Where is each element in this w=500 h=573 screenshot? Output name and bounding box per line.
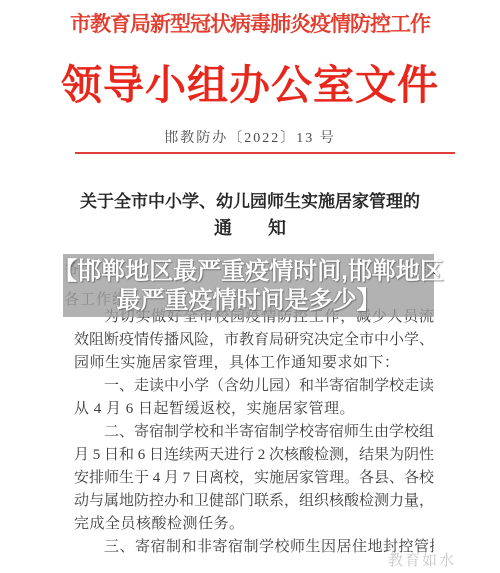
notice-title: 关于全市中小学、幼儿园师生实施居家管理的 — [0, 187, 500, 212]
red-divider-line — [75, 152, 455, 154]
caption-overlay: 【邯郸地区最严重疫情时间,邯郸地区 最严重疫情时间是多少】 — [63, 254, 434, 317]
body-line: 从 4 月 6 日起暂缓返校，实施居家管理。 — [74, 398, 434, 421]
body-line: 二、寄宿制学校和半寄宿制学校寄宿师生由学校组织 4 — [74, 421, 434, 444]
watermark-text: 教育如水 — [388, 549, 456, 570]
body-line: 园师生实施居家管理，具体工作通知要求如下： — [74, 352, 434, 375]
body-line: 动与属地防控办和卫健部门联系，组织核酸检测力量，按时 — [74, 490, 434, 513]
body-line: 完成全员核酸检测任务。 — [74, 513, 434, 536]
document-number: 邯教防办〔2022〕13 号 — [0, 127, 500, 147]
caption-line-2: 最严重疫情时间是多少】 — [117, 286, 381, 315]
body-line: 一、走读中小学（含幼儿园）和半寄宿制学校走读师生 — [74, 375, 434, 398]
notice-subtitle: 通 知 — [0, 214, 500, 240]
body-line: 安排师生于 4 月 7 日离校，实施居家管理。各县、各校要主 — [74, 467, 434, 490]
body-line: 月 5 日和 6 日连续两天进行 2 次核酸检测，结果为阴性后， — [74, 444, 434, 467]
header-line-1: 市教育局新型冠状病毒肺炎疫情防控工作 — [0, 8, 500, 38]
notice-body: 为切实做好全市校园疫情防控工作，减少人员流动，有 效阻断疫情传播风险，市教育局研… — [74, 306, 434, 559]
caption-line-1: 【邯郸地区最严重疫情时间,邯郸地区 — [53, 257, 444, 286]
header-line-2: 领导小组办公室文件 — [0, 52, 500, 111]
body-line: 三、寄宿制和非寄宿制学校师生因居住地封控管控暂 — [74, 536, 434, 559]
document-photo: 市教育局新型冠状病毒肺炎疫情防控工作 领导小组办公室文件 邯教防办〔2022〕1… — [0, 0, 500, 573]
body-line: 效阻断疫情传播风险，市教育局研究决定全市中小学、幼儿 — [74, 329, 434, 352]
